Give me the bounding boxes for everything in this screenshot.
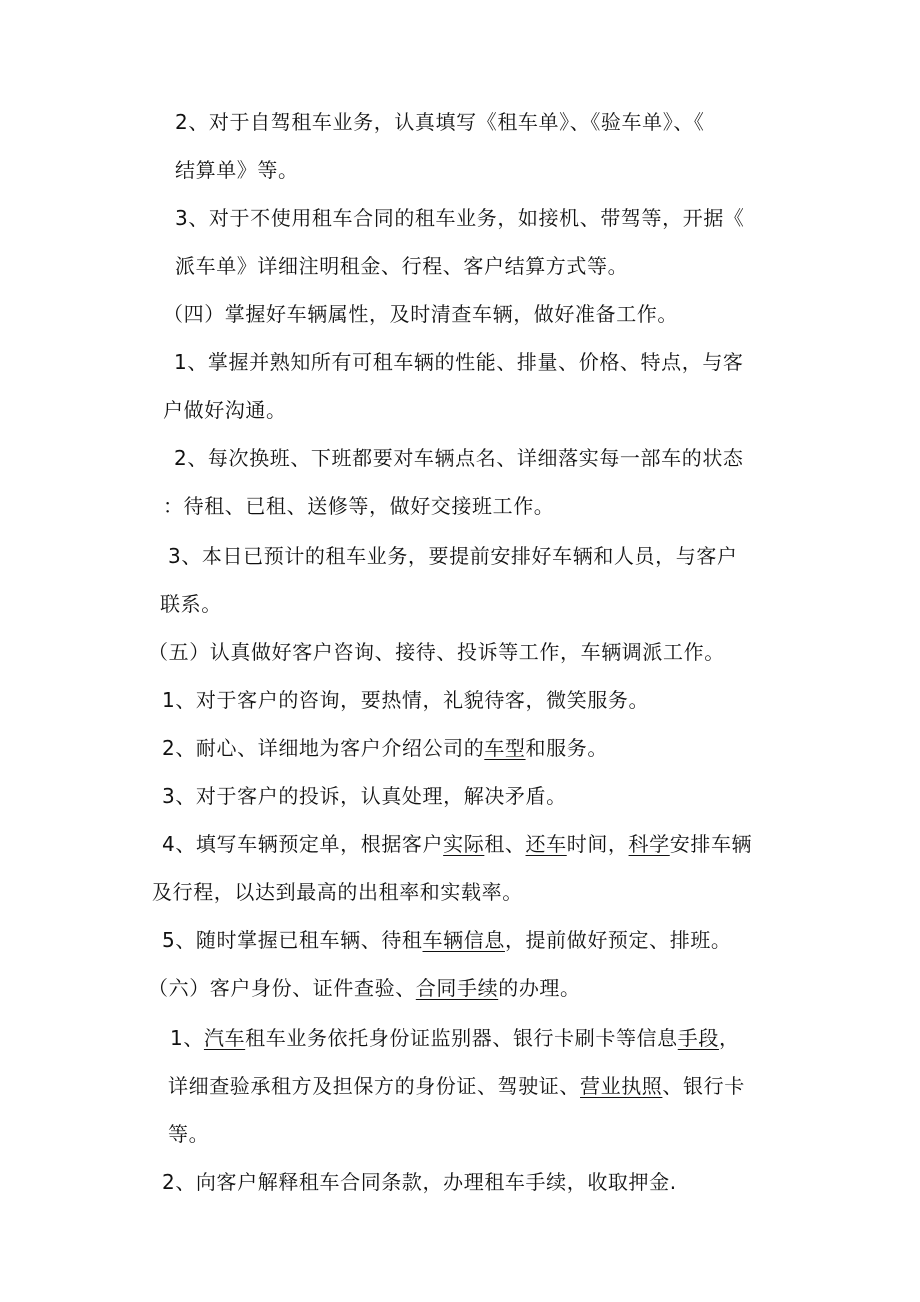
text-run: 联系。 (160, 592, 222, 616)
text-run: 安排车辆 (670, 832, 752, 856)
paragraph-line: （五）认真做好客户咨询、接待、投诉等工作，车辆调派工作。 (148, 638, 725, 666)
underlined-term: 还车 (526, 832, 567, 856)
paragraph-line: ：待租、已租、送修等，做好交接班工作。 (163, 492, 554, 520)
text-run: ， (719, 1026, 740, 1050)
text-run: 、银行卡 (662, 1074, 744, 1098)
paragraph-line: 派车单》详细注明租金、行程、客户结算方式等。 (175, 252, 628, 280)
text-run: 结算单》等。 (175, 158, 299, 182)
underlined-term: 汽车 (204, 1026, 245, 1050)
paragraph-line: 4、填写车辆预定单，根据客户实际租、还车时间，科学安排车辆 (162, 830, 752, 858)
text-run: （五）认真做好客户咨询、接待、投诉等工作，车辆调派工作。 (148, 640, 725, 664)
text-run: 及行程，以达到最高的出租率和实载率。 (152, 880, 523, 904)
underlined-term: 科学 (629, 832, 670, 856)
paragraph-line: 等。 (168, 1120, 209, 1148)
underlined-term: 实际 (443, 832, 484, 856)
text-run: 租、 (484, 832, 525, 856)
underlined-term: 营业执照 (580, 1074, 662, 1098)
paragraph-line: 详细查验承租方及担保方的身份证、驾驶证、营业执照、银行卡 (168, 1072, 745, 1100)
paragraph-line: 3、对于客户的投诉，认真处理，解决矛盾。 (162, 782, 567, 810)
text-run: 派车单》详细注明租金、行程、客户结算方式等。 (175, 254, 628, 278)
text-run: ，提前做好预定、排班。 (505, 928, 732, 952)
paragraph-line: 结算单》等。 (175, 156, 299, 184)
text-run: 1、对于客户的咨询，要热情，礼貌待客，微笑服务。 (162, 688, 649, 712)
paragraph-line: 2、每次换班、下班都要对车辆点名、详细落实每一部车的状态 (174, 444, 744, 472)
paragraph-line: 及行程，以达到最高的出租率和实载率。 (152, 878, 523, 906)
text-run: 1、 (170, 1026, 204, 1050)
text-run: 2、耐心、详细地为客户介绍公司的 (162, 736, 484, 760)
text-run: 2、对于自驾租车业务，认真填写《租车单》、《验车单》、《 (175, 110, 705, 134)
paragraph-line: 2、耐心、详细地为客户介绍公司的车型和服务。 (162, 734, 608, 762)
paragraph-line: 3、对于不使用租车合同的租车业务，如接机、带驾等，开据《 (175, 204, 745, 232)
paragraph-line: 1、汽车租车业务依托身份证监别器、银行卡刷卡等信息手段， (170, 1024, 740, 1052)
text-run: （四）掌握好车辆属性，及时清查车辆，做好准备工作。 (163, 302, 678, 326)
underlined-term: 合同手续 (416, 976, 498, 1000)
paragraph-line: （六）客户身份、证件查验、合同手续的办理。 (148, 974, 581, 1002)
underlined-term: 车辆信息 (423, 928, 505, 952)
text-run: 2、向客户解释租车合同条款，办理租车手续，收取押金. (162, 1170, 677, 1194)
underlined-term: 车型 (484, 736, 525, 760)
text-run: 等。 (168, 1122, 209, 1146)
paragraph-line: （四）掌握好车辆属性，及时清查车辆，做好准备工作。 (163, 300, 678, 328)
text-run: 3、对于不使用租车合同的租车业务，如接机、带驾等，开据《 (175, 206, 745, 230)
text-run: 户做好沟通。 (163, 398, 287, 422)
paragraph-line: 3、本日已预计的租车业务，要提前安排好车辆和人员，与客户 (168, 542, 738, 570)
underlined-term: 手段 (678, 1026, 719, 1050)
paragraph-line: 2、向客户解释租车合同条款，办理租车手续，收取押金. (162, 1168, 677, 1196)
paragraph-line: 2、对于自驾租车业务，认真填写《租车单》、《验车单》、《 (175, 108, 705, 136)
text-run: 2、每次换班、下班都要对车辆点名、详细落实每一部车的状态 (174, 446, 744, 470)
text-run: （六）客户身份、证件查验、 (148, 976, 416, 1000)
paragraph-line: 1、对于客户的咨询，要热情，礼貌待客，微笑服务。 (162, 686, 649, 714)
text-run: 5、随时掌握已租车辆、待租 (162, 928, 423, 952)
text-run: 1、掌握并熟知所有可租车辆的性能、排量、价格、特点，与客 (174, 350, 744, 374)
text-run: 详细查验承租方及担保方的身份证、驾驶证、 (168, 1074, 580, 1098)
text-run: 3、本日已预计的租车业务，要提前安排好车辆和人员，与客户 (168, 544, 738, 568)
paragraph-line: 5、随时掌握已租车辆、待租车辆信息，提前做好预定、排班。 (162, 926, 732, 954)
text-run: ：待租、已租、送修等，做好交接班工作。 (163, 494, 554, 518)
document-page: 2、对于自驾租车业务，认真填写《租车单》、《验车单》、《结算单》等。3、对于不使… (0, 0, 920, 1302)
text-run: 3、对于客户的投诉，认真处理，解决矛盾。 (162, 784, 567, 808)
text-run: 时间， (567, 832, 629, 856)
paragraph-line: 1、掌握并熟知所有可租车辆的性能、排量、价格、特点，与客 (174, 348, 744, 376)
text-run: 租车业务依托身份证监别器、银行卡刷卡等信息 (245, 1026, 678, 1050)
text-run: 和服务。 (526, 736, 608, 760)
paragraph-line: 户做好沟通。 (163, 396, 287, 424)
paragraph-line: 联系。 (160, 590, 222, 618)
text-run: 的办理。 (498, 976, 580, 1000)
text-run: 4、填写车辆预定单，根据客户 (162, 832, 443, 856)
